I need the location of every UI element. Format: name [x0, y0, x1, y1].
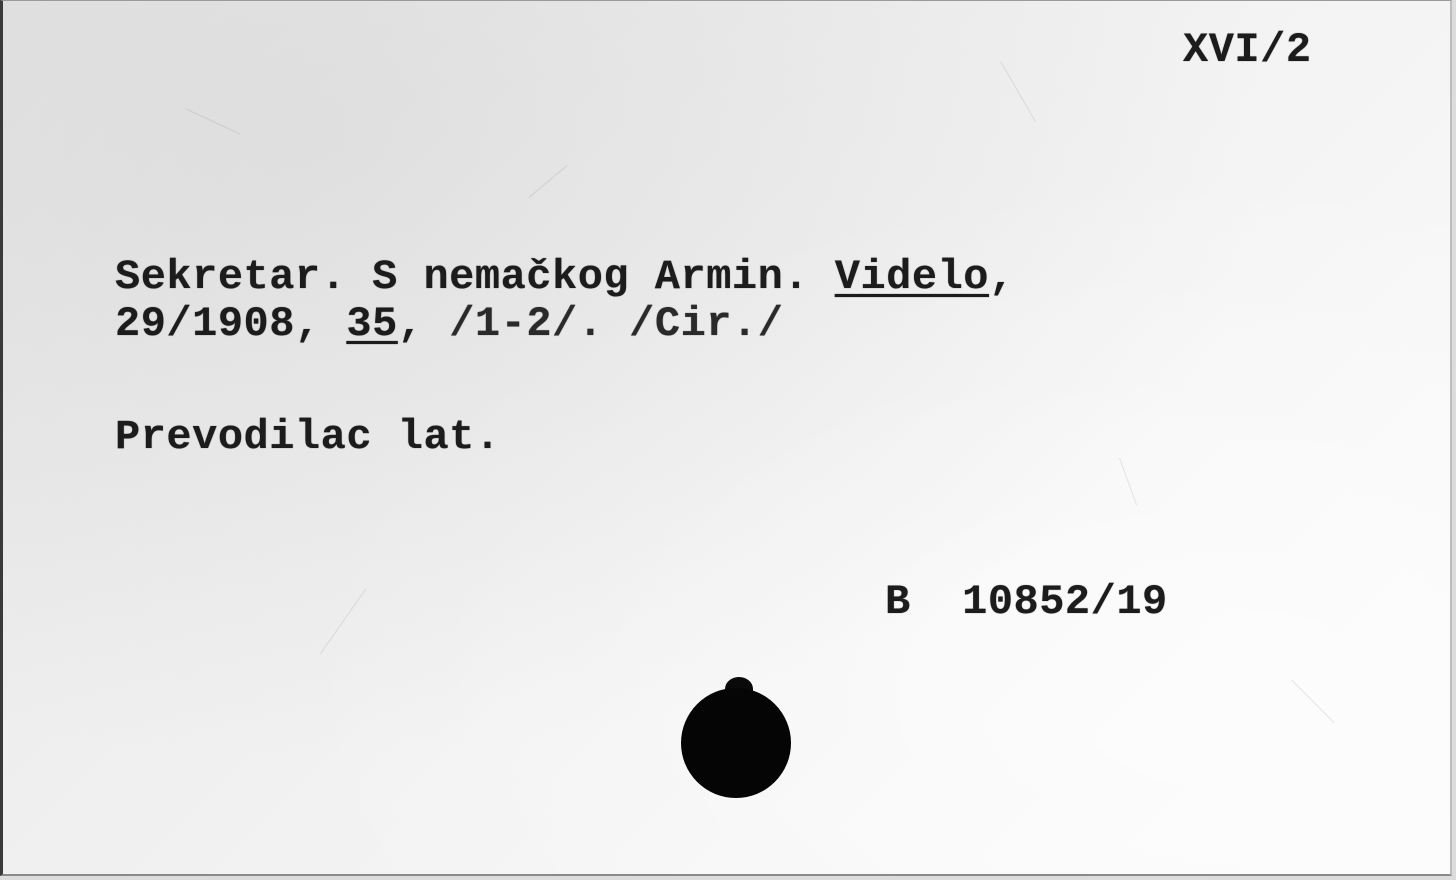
paper-fiber [186, 108, 241, 134]
paper-fiber [320, 588, 367, 654]
entry-page: 35 [346, 300, 397, 348]
entry-script-note: /Cir./ [629, 300, 783, 348]
entry-place: Videlo [835, 253, 989, 301]
paper-fiber [1000, 61, 1036, 122]
paper-fiber [1291, 680, 1334, 723]
translator-note: Prevodilac lat. [115, 416, 501, 458]
index-card: XVI/2 Sekretar. S nemačkog Armin. Videlo… [0, 0, 1452, 876]
paper-fiber [529, 165, 568, 198]
entry-line-2: 29/1908, 35, /1-2/. /Cir./ [115, 303, 783, 345]
entry-range: /1-2/. [449, 300, 603, 348]
entry-line-1: Sekretar. S nemačkog Armin. Videlo, [115, 256, 1015, 298]
call-number: XVI/2 [1183, 29, 1312, 71]
entry-issue: 29/1908, [115, 300, 321, 348]
entry-place-suffix: , [989, 253, 1015, 301]
entry-subtitle: S nemačkog Armin. [372, 253, 809, 301]
punch-hole [681, 688, 791, 798]
entry-title: Sekretar. [115, 253, 346, 301]
entry-page-suffix: , [398, 300, 424, 348]
paper-fiber [1119, 458, 1137, 505]
accession-number: B 10852/19 [885, 581, 1168, 623]
